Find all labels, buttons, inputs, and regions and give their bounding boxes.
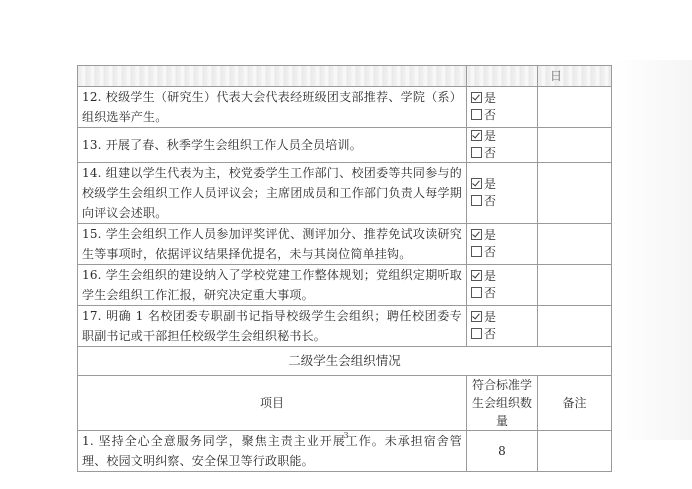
item-text: 14. 组建以学生代表为主，校党委学生工作部门、校团委等共同参与的校级学生会组织… — [78, 163, 467, 224]
yes-no-cell: 是 否 — [467, 87, 538, 128]
assessment-table: 日 12. 校级学生（研究生）代表大会代表经班级团支部推荐、学院（系）组织选举产… — [77, 65, 612, 472]
checkbox-empty-icon[interactable] — [471, 109, 482, 120]
cutoff-text: 日 — [542, 69, 562, 83]
item-text: 15. 学生会组织工作人员参加评奖评优、测评加分、推荐免试攻读研究生等事项时，依… — [78, 224, 467, 265]
option-no[interactable]: 否 — [471, 145, 533, 162]
item-text: 16. 学生会组织的建设纳入了学校党建工作整体规划；党组织定期听取学生会组织工作… — [78, 265, 467, 306]
table-row: 17. 明确 1 名校团委专职副书记指导校级学生会组织；聘任校团委专职副书记或干… — [78, 306, 612, 347]
option-yes[interactable]: 是 — [471, 176, 533, 193]
item-text: 17. 明确 1 名校团委专职副书记指导校级学生会组织；聘任校团委专职副书记或干… — [78, 306, 467, 347]
yes-no-cell: 是 否 — [467, 265, 538, 306]
table-row: 15. 学生会组织工作人员参加评奖评优、测评加分、推荐免试攻读研究生等事项时，依… — [78, 224, 612, 265]
option-yes[interactable]: 是 — [471, 90, 533, 107]
table-row-cutoff: 日 — [78, 66, 612, 87]
remark-cell — [538, 224, 612, 265]
section-title-row: 二级学生会组织情况 — [78, 347, 612, 376]
option-no[interactable]: 否 — [471, 326, 533, 343]
remark-cell — [538, 306, 612, 347]
option-yes[interactable]: 是 — [471, 268, 533, 285]
header-item: 项目 — [78, 376, 467, 431]
cutoff-cell: 日 — [538, 66, 612, 87]
yes-no-cell: 是 否 — [467, 128, 538, 163]
remark-cell — [538, 128, 612, 163]
table-row: 16. 学生会组织的建设纳入了学校党建工作整体规划；党组织定期听取学生会组织工作… — [78, 265, 612, 306]
checkbox-checked-icon[interactable] — [471, 229, 482, 240]
remark-cell — [538, 163, 612, 224]
scan-edge-shadow — [612, 60, 692, 440]
checkbox-empty-icon[interactable] — [471, 147, 482, 158]
option-yes[interactable]: 是 — [471, 309, 533, 326]
checkbox-checked-icon[interactable] — [471, 270, 482, 281]
checkbox-checked-icon[interactable] — [471, 311, 482, 322]
checkbox-empty-icon[interactable] — [471, 328, 482, 339]
section-title: 二级学生会组织情况 — [78, 347, 612, 376]
yes-no-cell: 是 否 — [467, 163, 538, 224]
header-count: 符合标准学生会组织数量 — [467, 376, 538, 431]
cutoff-cell — [78, 66, 467, 87]
header-note: 备注 — [538, 376, 612, 431]
cutoff-cell — [467, 66, 538, 87]
checkbox-checked-icon[interactable] — [471, 130, 482, 141]
remark-cell — [538, 265, 612, 306]
table-row: 12. 校级学生（研究生）代表大会代表经班级团支部推荐、学院（系）组织选举产生。… — [78, 87, 612, 128]
table-header-row: 项目 符合标准学生会组织数量 备注 — [78, 376, 612, 431]
option-yes[interactable]: 是 — [471, 227, 533, 244]
option-no[interactable]: 否 — [471, 244, 533, 261]
option-no[interactable]: 否 — [471, 285, 533, 302]
option-yes[interactable]: 是 — [471, 128, 533, 145]
table-row: 13. 开展了春、秋季学生会组织工作人员全员培训。 是 否 — [78, 128, 612, 163]
yes-no-cell: 是 否 — [467, 306, 538, 347]
item-text: 12. 校级学生（研究生）代表大会代表经班级团支部推荐、学院（系）组织选举产生。 — [78, 87, 467, 128]
document-page: 日 12. 校级学生（研究生）代表大会代表经班级团支部推荐、学院（系）组织选举产… — [0, 0, 692, 489]
checkbox-empty-icon[interactable] — [471, 195, 482, 206]
table-row: 14. 组建以学生代表为主，校党委学生工作部门、校团委等共同参与的校级学生会组织… — [78, 163, 612, 224]
checkbox-empty-icon[interactable] — [471, 246, 482, 257]
checkbox-checked-icon[interactable] — [471, 178, 482, 189]
remark-cell — [538, 87, 612, 128]
option-no[interactable]: 否 — [471, 107, 533, 124]
checkbox-checked-icon[interactable] — [471, 92, 482, 103]
page-number: 3 — [0, 431, 692, 440]
option-no[interactable]: 否 — [471, 193, 533, 210]
yes-no-cell: 是 否 — [467, 224, 538, 265]
checkbox-empty-icon[interactable] — [471, 287, 482, 298]
item-text: 13. 开展了春、秋季学生会组织工作人员全员培训。 — [78, 128, 467, 163]
